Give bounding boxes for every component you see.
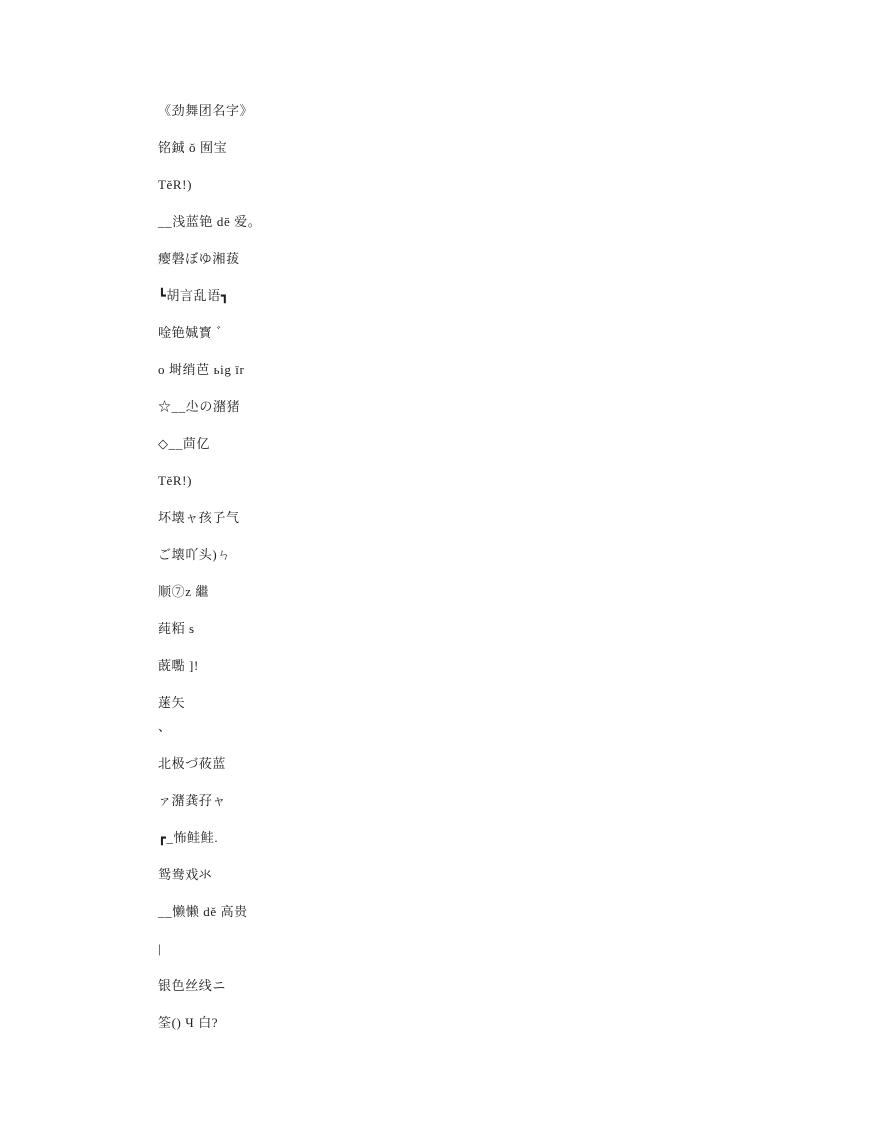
name-line: 筌() Ч 白?: [158, 1014, 826, 1031]
name-line: 唫铯娍寳 ゛: [158, 324, 826, 341]
name-line: __懒懒 dě 高贵: [158, 903, 826, 920]
name-line: |: [158, 940, 826, 957]
name-line: 顺⑦z 繼: [158, 583, 826, 600]
name-line: 银色丝线ニ: [158, 977, 826, 994]
document-title: 《劲舞团名字》: [158, 102, 826, 119]
name-line: ◇__茴亿: [158, 435, 826, 452]
name-line: 瘿磐ぼゆ湘菝: [158, 250, 826, 267]
name-line: ┏_怖鲑鲑.: [158, 829, 826, 846]
name-line: 、: [158, 718, 826, 735]
document-page: 《劲舞团名字》 铭鋮 ǒ 囿宝TěR!)__浅蓝铯 dē 爱。瘿磐ぼゆ湘菝┗胡言…: [0, 0, 886, 1031]
name-line: 蒾矢: [158, 694, 826, 711]
name-line: TěR!): [158, 176, 826, 193]
name-line: 鸳鸯戏氺: [158, 866, 826, 883]
name-line: o 埘绡芭 ьig īr: [158, 361, 826, 378]
name-line: ┗胡言乱语┓: [158, 287, 826, 304]
name-line: 北极づ莜蓝: [158, 755, 826, 772]
name-line: ☆__尐の潴猪: [158, 398, 826, 415]
name-line: ァ潴龚孖ャ: [158, 792, 826, 809]
name-line: TěR!): [158, 472, 826, 489]
name-line: ご壊吖头)ㄣ: [158, 546, 826, 563]
name-line: 莼粨 s: [158, 620, 826, 637]
name-line: 坏壊ャ孩孒气: [158, 509, 826, 526]
name-line: 蔇嚸 ]!: [158, 657, 826, 674]
name-line: 铭鋮 ǒ 囿宝: [158, 139, 826, 156]
name-list: 铭鋮 ǒ 囿宝TěR!)__浅蓝铯 dē 爱。瘿磐ぼゆ湘菝┗胡言乱语┓唫铯娍寳 …: [158, 139, 826, 1031]
name-line: __浅蓝铯 dē 爱。: [158, 213, 826, 230]
